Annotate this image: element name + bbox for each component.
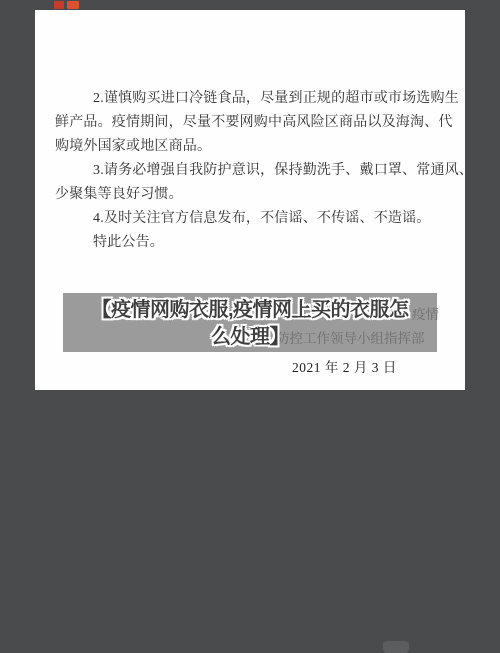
red-mark-icon	[54, 1, 64, 9]
notice-body-line: 2.谨慎购买进口冷链食品，尽量到正规的超市或市场选购生	[55, 87, 445, 111]
caption-title-line: 【疫情网购衣服,疫情网上买的衣服怎	[63, 297, 437, 324]
caption-title-line: 么处理】	[63, 324, 437, 351]
notice-body-line: 特此公告。	[55, 231, 445, 255]
screenshot-canvas: 2.谨慎购买进口冷链食品，尽量到正规的超市或市场选购生 鲜产品。疫情期间，尽量不…	[0, 0, 500, 653]
notice-body-line: 购境外国家或地区商品。	[55, 135, 445, 159]
date-line: 2021 年 2 月 3 日	[292, 356, 397, 376]
red-mark-icon	[67, 1, 79, 9]
caption-title: 【疫情网购衣服,疫情网上买的衣服怎 么处理】	[63, 297, 437, 351]
notice-body-line: 4.及时关注官方信息发布，不信谣、不传谣、不造谣。	[55, 207, 445, 231]
notice-body-line: 鲜产品。疫情期间，尽量不要网购中高风险区商品以及海淘、代	[55, 111, 445, 135]
notice-body: 2.谨慎购买进口冷链食品，尽量到正规的超市或市场选购生 鲜产品。疫情期间，尽量不…	[55, 87, 445, 255]
watermark-smudge	[383, 641, 409, 653]
notice-body-line: 3.请务必增强自我防护意识，保持勤洗手、戴口罩、常通风、	[55, 159, 445, 183]
notice-body-line: 少聚集等良好习惯。	[55, 183, 445, 207]
